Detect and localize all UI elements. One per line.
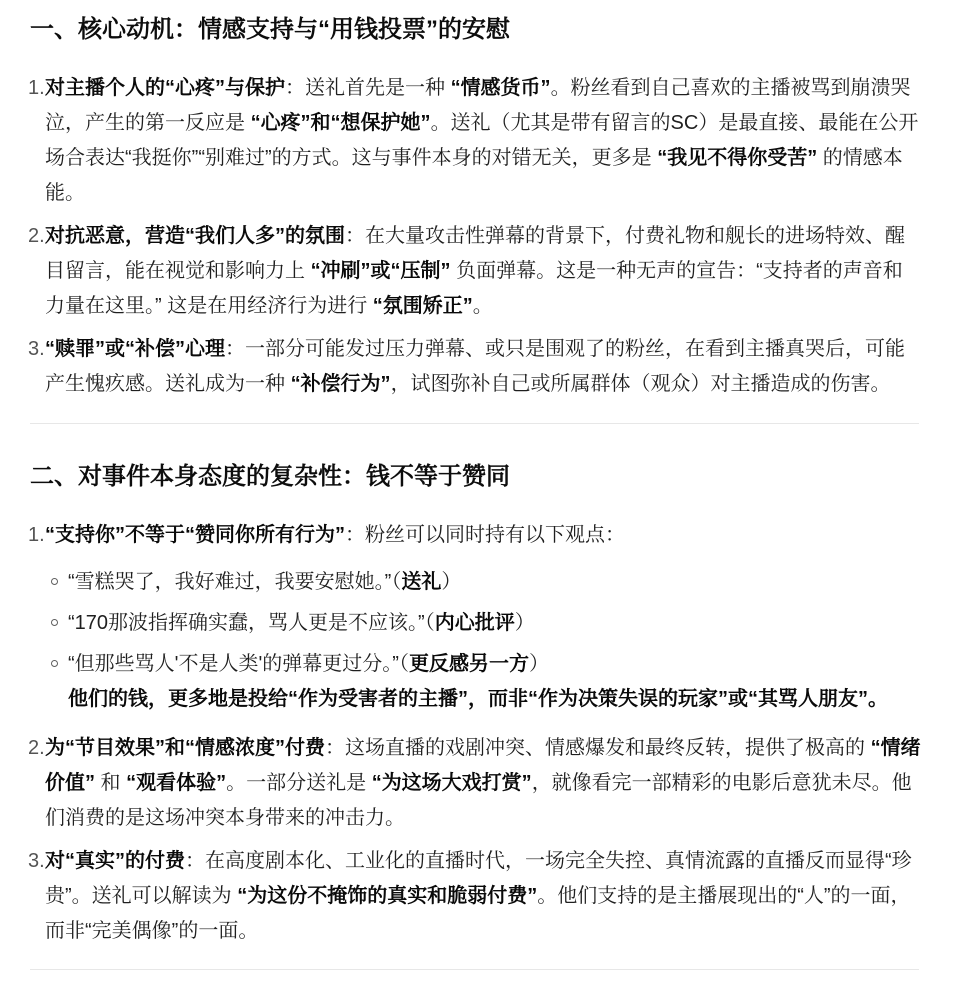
section-1-heading: 一、核心动机：情感支持与“用钱投票”的安慰 (30, 14, 921, 46)
list-item: 2. 对抗恶意，营造“我们人多”的氛围：在大量攻击性弹幕的背景下，付费礼物和舰长… (28, 219, 921, 324)
sub-item-quote: “但那些骂人'不是人类'的弹幕更过分。”（更反感另一方） (68, 647, 921, 682)
circle-bullet-icon (51, 578, 58, 585)
section-2-list: 1. “支持你”不等于“赞同你所有行为”：粉丝可以同时持有以下观点： “雪糕哭了… (28, 518, 921, 949)
sub-list-item: “但那些骂人'不是人类'的弹幕更过分。”（更反感另一方） 他们的钱，更多地是投给… (45, 647, 921, 717)
section-1-list: 1. 对主播个人的“心疼”与保护：送礼首先是一种 “情感货币”。粉丝看到自己喜欢… (28, 71, 921, 402)
bold-conclusion-line: 他们的钱，更多地是投给“作为受害者的主播”，而非“作为决策失误的玩家”或“其骂人… (68, 682, 921, 717)
circle-bullet-icon (51, 619, 58, 626)
list-number: 1. (28, 518, 44, 723)
sub-list-item: “雪糕哭了，我好难过，我要安慰她。”（送礼） (45, 565, 921, 600)
list-number: 1. (28, 71, 44, 211)
list-item: 3. 对“真实”的付费：在高度剧本化、工业化的直播时代，一场完全失控、真情流露的… (28, 844, 921, 949)
document-body: 一、核心动机：情感支持与“用钱投票”的安慰 1. 对主播个人的“心疼”与保护：送… (0, 14, 965, 982)
sub-list-item: “170那波指挥确实蠢，骂人更是不应该。”（内心批评） (45, 606, 921, 641)
list-item: 1. “支持你”不等于“赞同你所有行为”：粉丝可以同时持有以下观点： “雪糕哭了… (28, 518, 921, 723)
list-item-text: “赎罪”或“补偿”心理：一部分可能发过压力弹幕、或只是围观了的粉丝，在看到主播真… (45, 332, 921, 402)
list-item-text: 对主播个人的“心疼”与保护：送礼首先是一种 “情感货币”。粉丝看到自己喜欢的主播… (45, 71, 921, 211)
sub-item-text: “但那些骂人'不是人类'的弹幕更过分。”（更反感另一方） 他们的钱，更多地是投给… (68, 647, 921, 717)
section-divider (30, 423, 919, 424)
list-item-text: 对抗恶意，营造“我们人多”的氛围：在大量攻击性弹幕的背景下，付费礼物和舰长的进场… (45, 219, 921, 324)
list-item-text: 为“节目效果”和“情感浓度”付费：这场直播的戏剧冲突、情感爆发和最终反转，提供了… (45, 731, 921, 836)
list-item: 2. 为“节目效果”和“情感浓度”付费：这场直播的戏剧冲突、情感爆发和最终反转，… (28, 731, 921, 836)
list-number: 2. (28, 731, 44, 836)
sub-item-text: “雪糕哭了，我好难过，我要安慰她。”（送礼） (68, 565, 921, 600)
list-number: 3. (28, 844, 44, 949)
list-item: 1. 对主播个人的“心疼”与保护：送礼首先是一种 “情感货币”。粉丝看到自己喜欢… (28, 71, 921, 211)
bottom-divider (30, 969, 919, 970)
section-2-heading: 二、对事件本身态度的复杂性：钱不等于赞同 (30, 461, 921, 493)
list-number: 2. (28, 219, 44, 324)
sub-item-text: “170那波指挥确实蠢，骂人更是不应该。”（内心批评） (68, 606, 921, 641)
list-item-text: 对“真实”的付费：在高度剧本化、工业化的直播时代，一场完全失控、真情流露的直播反… (45, 844, 921, 949)
list-item-lead: “支持你”不等于“赞同你所有行为”：粉丝可以同时持有以下观点： (45, 518, 921, 553)
list-item: 3. “赎罪”或“补偿”心理：一部分可能发过压力弹幕、或只是围观了的粉丝，在看到… (28, 332, 921, 402)
list-number: 3. (28, 332, 44, 402)
sub-list: “雪糕哭了，我好难过，我要安慰她。”（送礼） “170那波指挥确实蠢，骂人更是不… (45, 565, 921, 717)
list-item-text: “支持你”不等于“赞同你所有行为”：粉丝可以同时持有以下观点： “雪糕哭了，我好… (45, 518, 921, 723)
circle-bullet-icon (51, 660, 58, 667)
